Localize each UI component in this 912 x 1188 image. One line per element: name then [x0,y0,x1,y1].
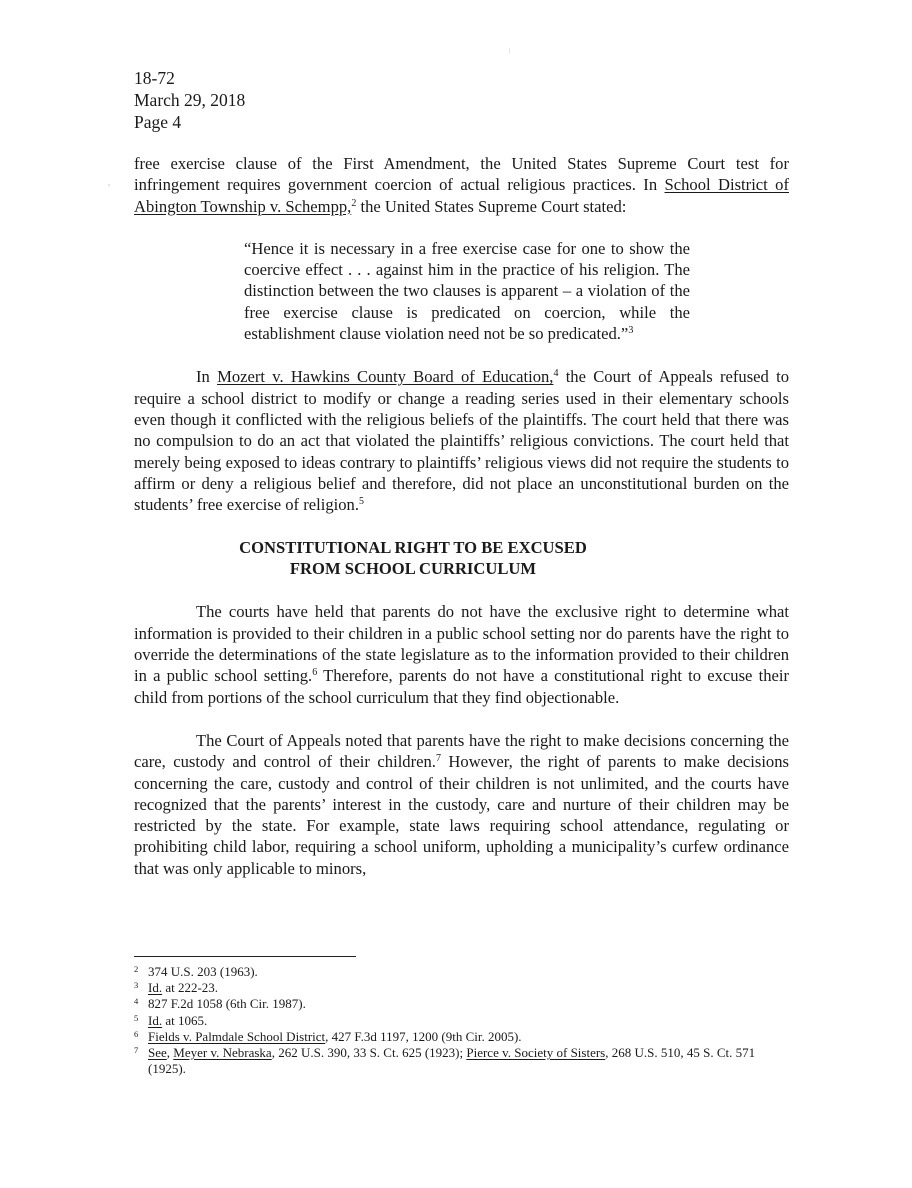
case-citation: Fields v. Palmdale School District [148,1029,325,1044]
footnote-number: 2 [134,961,138,977]
footnote-number: 7 [134,1042,138,1058]
footnote-text: , 427 F.3d 1197, 1200 (9th Cir. 2005). [325,1029,521,1044]
citation-signal: See [148,1045,167,1060]
footnote-number: 6 [134,1026,138,1042]
footnote-5: 5 Id. at 1065. [134,1013,794,1029]
case-citation: Mozert v. Hawkins County Board of Educat… [217,367,553,386]
letter-header: 18-72 March 29, 2018 Page 4 [134,67,789,133]
courts-paragraph: The courts have held that parents do not… [134,601,789,707]
footnote-text: 374 U.S. 203 (1963). [148,964,258,979]
case-citation: Meyer v. Nebraska [173,1045,271,1060]
heading-line: CONSTITUTIONAL RIGHT TO BE EXCUSED [134,537,692,558]
footnote-text: , 262 U.S. 390, 33 S. Ct. 625 (1923); [272,1045,467,1060]
footnote-4: 4 827 F.2d 1058 (6th Cir. 1987). [134,996,794,1012]
case-citation: Pierce v. Society of Sisters [466,1045,605,1060]
footnote-text: 827 F.2d 1058 (6th Cir. 1987). [148,996,306,1011]
mozert-paragraph: In Mozert v. Hawkins County Board of Edu… [134,366,789,515]
footnote-ref: 5 [359,496,364,507]
footnote-2: 2 374 U.S. 203 (1963). [134,964,794,980]
footnote-3: 3 Id. at 222-23. [134,980,794,996]
footnote-divider [134,956,356,957]
paragraph-text: the United States Supreme Court stated: [356,197,626,216]
scan-artifact [509,48,510,53]
document-page: 18-72 March 29, 2018 Page 4 free exercis… [134,67,789,879]
docket-number: 18-72 [134,67,789,89]
footnote-6: 6 Fields v. Palmdale School District, 42… [134,1029,794,1045]
citation-id: Id. [148,980,162,995]
footnote-number: 3 [134,977,138,993]
appeals-paragraph: The Court of Appeals noted that parents … [134,730,789,879]
footnotes: 2 374 U.S. 203 (1963). 3 Id. at 222-23. … [134,964,794,1077]
intro-paragraph: free exercise clause of the First Amendm… [134,153,789,217]
citation-id: Id. [148,1013,162,1028]
footnote-ref: 3 [628,325,633,336]
paragraph-text: In [196,367,217,386]
block-quote: “Hence it is necessary in a free exercis… [244,238,690,344]
section-heading: CONSTITUTIONAL RIGHT TO BE EXCUSED FROM … [134,537,692,579]
letter-date: March 29, 2018 [134,89,789,111]
page-number: Page 4 [134,111,789,133]
footnote-7: 7 See, Meyer v. Nebraska, 262 U.S. 390, … [134,1045,794,1077]
paragraph-text: the Court of Appeals refused to require … [134,367,789,514]
footnote-text: at 1065. [162,1013,207,1028]
footnote-number: 4 [134,993,138,1009]
quote-text: “Hence it is necessary in a free exercis… [244,239,690,343]
footnote-text: at 222-23. [162,980,218,995]
heading-line: FROM SCHOOL CURRICULUM [134,558,692,579]
scan-artifact [108,184,110,186]
footnote-number: 5 [134,1010,138,1026]
